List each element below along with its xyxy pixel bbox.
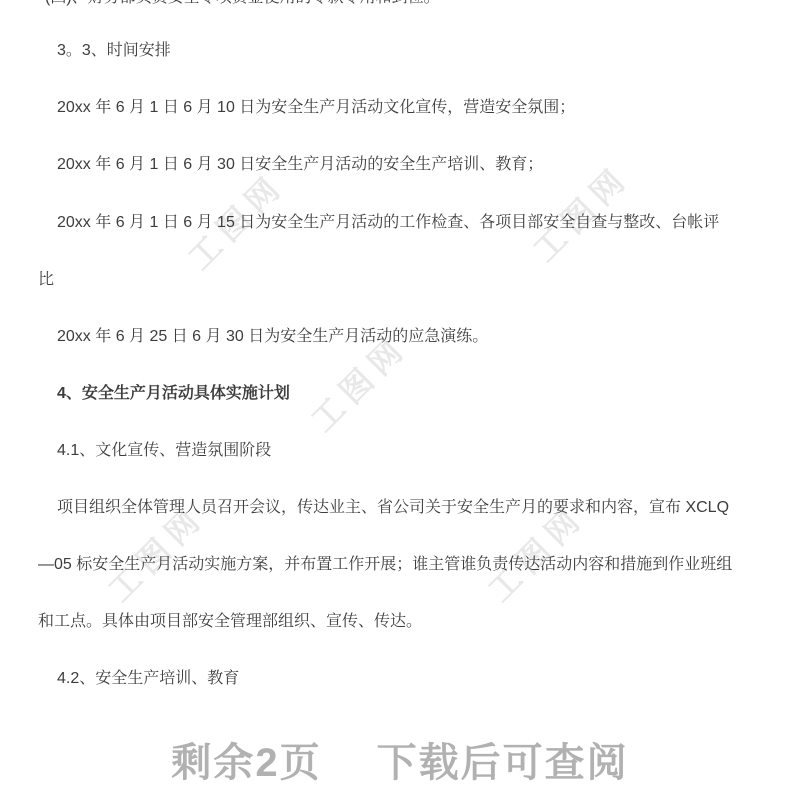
doc-line-schedule-4: 20xx 年 6 月 25 日 6 月 30 日为安全生产月活动的应急演练。 — [57, 327, 488, 346]
download-prompt-bar: 剩余2页 下载后可查阅 — [0, 731, 800, 788]
doc-line-schedule-2: 20xx 年 6 月 1 日 6 月 30 日安全生产月活动的安全生产培训、教育… — [57, 155, 543, 174]
doc-line-meeting-wrap1: —05 标安全生产月活动实施方案，并布置工作开展；谁主管谁负责传达活动内容和措施… — [38, 555, 732, 574]
doc-line-meeting: 项目组织全体管理人员召开会议，传达业主、省公司关于安全生产月的要求和内容，宣布 … — [57, 498, 729, 517]
doc-line-schedule-1: 20xx 年 6 月 1 日 6 月 10 日为安全生产月活动文化宣传，营造安全… — [57, 98, 575, 117]
document-preview-page: 工图网 工图网 工图网 工图网 工图网 (四)、财务部负责安全专项资金使用的专款… — [0, 0, 800, 800]
doc-heading-time-schedule: 3。3、时间安排 — [57, 41, 171, 60]
doc-line-schedule-3-wrap: 比 — [38, 270, 54, 289]
doc-line-schedule-3: 20xx 年 6 月 1 日 6 月 15 日为安全生产月活动的工作检查、各项目… — [57, 213, 719, 232]
doc-line-finance-duty: (四)、财务部负责安全专项资金使用的专款专用和到位。 — [45, 0, 440, 7]
download-hint-label: 下载后可查阅 — [377, 731, 629, 788]
doc-line-meeting-wrap2: 和工点。具体由项目部安全管理部组织、宣传、传达。 — [38, 612, 422, 631]
remaining-pages-label: 剩余2页 — [171, 731, 321, 788]
doc-heading-safety-training: 4.2、安全生产培训、教育 — [57, 669, 239, 688]
doc-heading-implementation-plan: 4、安全生产月活动具体实施计划 — [57, 384, 290, 403]
doc-heading-culture-publicity: 4.1、文化宣传、营造氛围阶段 — [57, 441, 271, 460]
